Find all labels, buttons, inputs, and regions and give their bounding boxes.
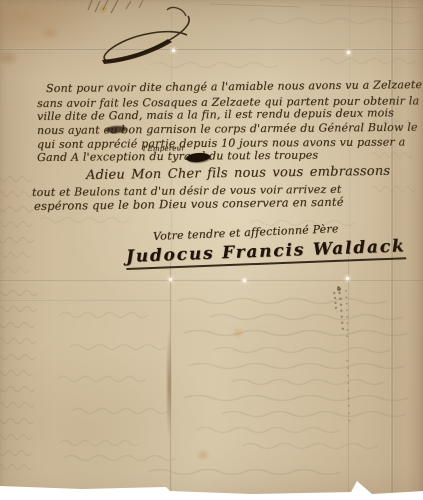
letter-line: Adieu Mon Cher fils nous vous embrassons [86, 164, 390, 183]
pinhole [172, 49, 175, 52]
pinhole [243, 279, 246, 282]
letter-scan: Sont pour avoir dite changé a l'amiable … [0, 0, 423, 500]
letter-line: nous ayant eu bon garnison le corps d'ar… [37, 121, 418, 137]
pinhole [346, 277, 349, 280]
cutoff-writing-strokes [0, 0, 423, 20]
letter-line: Sont pour avoir dite changé a l'amiable … [46, 78, 422, 95]
fold-crease-vertical-mid [347, 256, 350, 500]
fold-crease-left-short [0, 299, 172, 302]
fold-crease-top [0, 48, 423, 51]
pinhole [347, 51, 350, 54]
paper-sheet: Sont pour avoir dite changé a l'amiable … [0, 0, 423, 500]
inserted-word: l'Empereur [143, 144, 185, 153]
letter-line: espérons que le bon Dieu vous conservera… [34, 195, 344, 213]
pinhole [169, 278, 172, 281]
fold-stain [165, 330, 173, 465]
fold-crease-middle [0, 279, 423, 282]
